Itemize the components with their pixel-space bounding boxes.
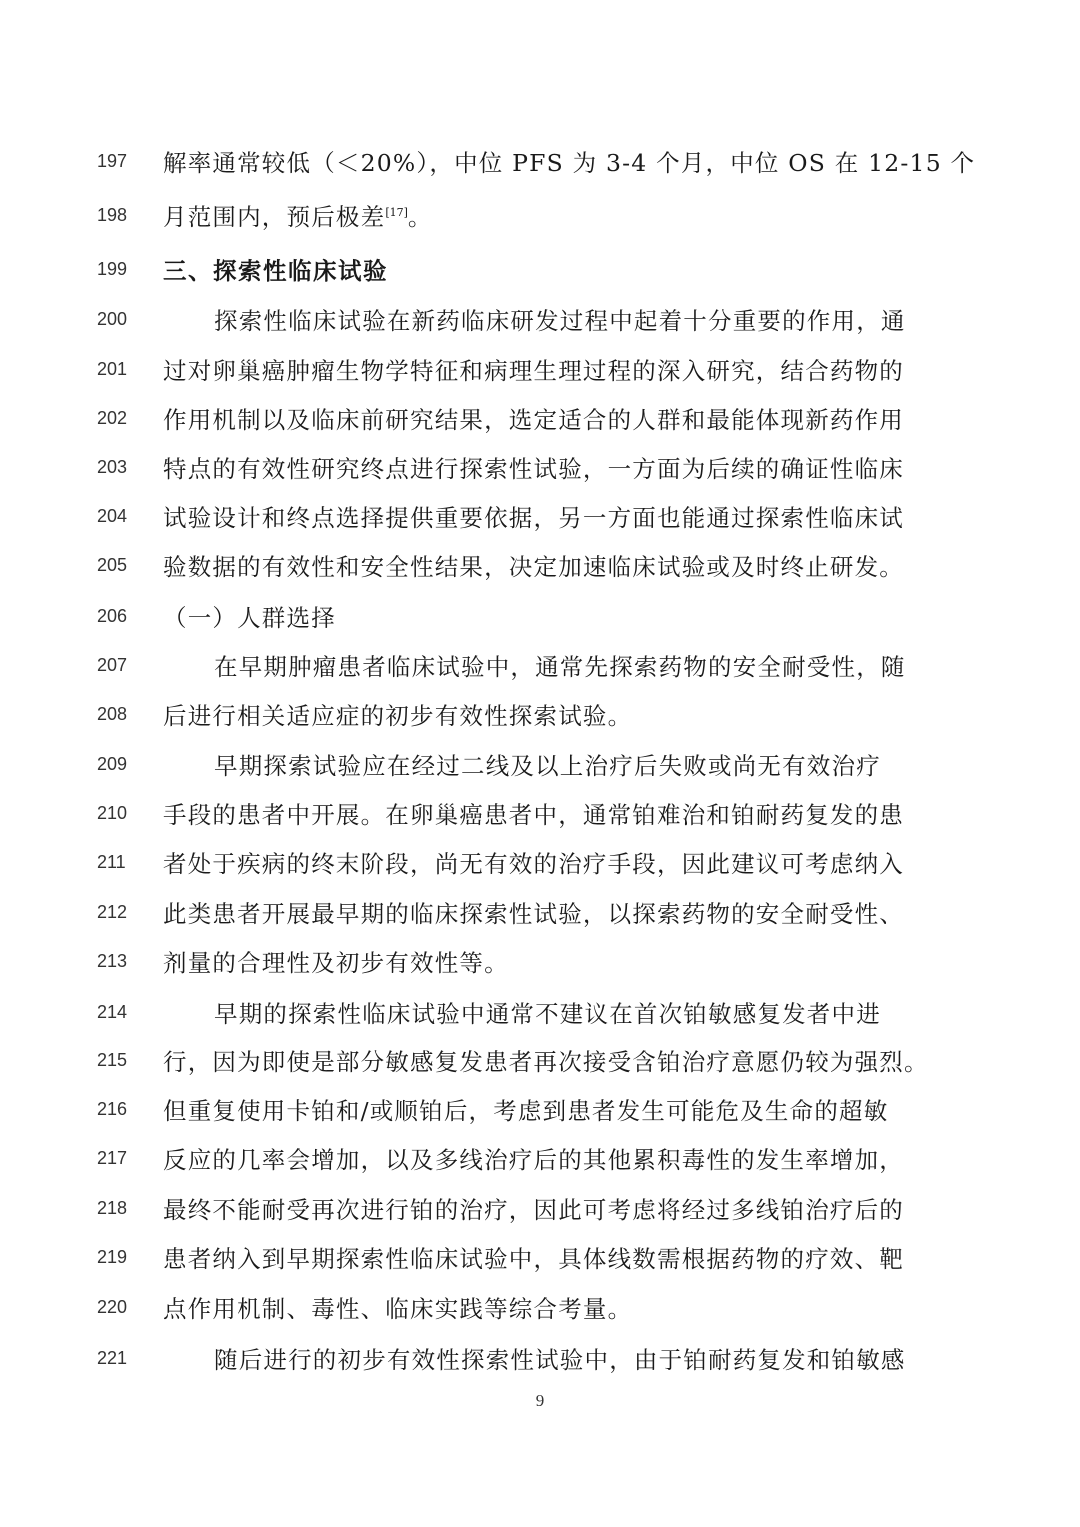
line-number: 220 [97,1297,137,1318]
line-number: 197 [97,151,137,172]
document-line: 198 月范围内，预后极差[17]。 [0,196,1080,236]
line-text: 解率通常较低（＜20%），中位 PFS 为 3-4 个月，中位 OS 在 12-… [163,144,923,178]
line-number: 199 [97,259,137,280]
document-line: 215 行，因为即使是部分敏感复发患者再次接受含铂治疗意愿仍较为强烈。 [0,1041,1080,1081]
line-text: 早期的探索性临床试验中通常不建议在首次铂敏感复发者中进 [214,995,974,1029]
line-text: 特点的有效性研究终点进行探索性试验，一方面为后续的确证性临床 [163,450,923,484]
line-text: 验数据的有效性和安全性结果，决定加速临床试验或及时终止研发。 [163,548,923,582]
line-text: 最终不能耐受再次进行铂的治疗，因此可考虑将经过多线铂治疗后的 [163,1191,923,1225]
line-number: 203 [97,457,137,478]
document-line: 205 验数据的有效性和安全性结果，决定加速临床试验或及时终止研发。 [0,546,1080,586]
document-line: 201 过对卵巢癌肿瘤生物学特征和病理生理过程的深入研究，结合药物的 [0,350,1080,390]
line-text: 剂量的合理性及初步有效性等。 [163,944,923,978]
line-text-with-citation: 月范围内，预后极差[17]。 [163,198,923,232]
document-line: 217 反应的几率会增加，以及多线治疗后的其他累积毒性的发生率增加， [0,1139,1080,1179]
section-heading: 三、探索性临床试验 [163,252,923,286]
line-number: 206 [97,606,137,627]
line-text: 后进行相关适应症的初步有效性探索试验。 [163,697,923,731]
line-number: 218 [97,1198,137,1219]
line-number: 217 [97,1148,137,1169]
line-text-tail: 。 [408,203,433,231]
line-text: 此类患者开展最早期的临床探索性试验，以探索药物的安全耐受性、 [163,895,923,929]
line-number: 221 [97,1348,137,1369]
line-text: 在早期肿瘤患者临床试验中，通常先探索药物的安全耐受性，随 [214,648,974,682]
line-number: 201 [97,359,137,380]
line-number: 205 [97,555,137,576]
document-line: 211 者处于疾病的终末阶段，尚无有效的治疗手段，因此建议可考虑纳入 [0,843,1080,883]
line-text: 手段的患者中开展。在卵巢癌患者中，通常铂难治和铂耐药复发的患 [163,796,923,830]
line-text: 者处于疾病的终末阶段，尚无有效的治疗手段，因此建议可考虑纳入 [163,845,923,879]
line-number: 212 [97,902,137,923]
line-text: 探索性临床试验在新药临床研发过程中起着十分重要的作用，通 [214,302,974,336]
document-line: 200 探索性临床试验在新药临床研发过程中起着十分重要的作用，通 [0,300,1080,340]
document-line: 203 特点的有效性研究终点进行探索性试验，一方面为后续的确证性临床 [0,448,1080,488]
line-text: 作用机制以及临床前研究结果，选定适合的人群和最能体现新药作用 [163,401,923,435]
line-number: 216 [97,1099,137,1120]
page-number: 9 [0,1391,1080,1411]
document-line: 221 随后进行的初步有效性探索性试验中，由于铂耐药复发和铂敏感 [0,1339,1080,1379]
line-number: 200 [97,309,137,330]
document-line: 212 此类患者开展最早期的临床探索性试验，以探索药物的安全耐受性、 [0,893,1080,933]
line-number: 209 [97,754,137,775]
document-line: 213 剂量的合理性及初步有效性等。 [0,942,1080,982]
line-number: 219 [97,1247,137,1268]
line-text: 患者纳入到早期探索性临床试验中，具体线数需根据药物的疗效、靶 [163,1240,923,1274]
document-line: 219 患者纳入到早期探索性临床试验中，具体线数需根据药物的疗效、靶 [0,1238,1080,1278]
line-text: 但重复使用卡铂和/或顺铂后，考虑到患者发生可能危及生命的超敏 [163,1092,923,1126]
line-number: 207 [97,655,137,676]
line-number: 198 [97,205,137,226]
line-number: 213 [97,951,137,972]
document-line: 204 试验设计和终点选择提供重要依据，另一方面也能通过探索性临床试 [0,497,1080,537]
document-line: 210 手段的患者中开展。在卵巢癌患者中，通常铂难治和铂耐药复发的患 [0,794,1080,834]
subsection-heading-line: 206 （一）人群选择 [0,597,1080,637]
document-line: 218 最终不能耐受再次进行铂的治疗，因此可考虑将经过多线铂治疗后的 [0,1189,1080,1229]
section-heading-line: 199 三、探索性临床试验 [0,250,1080,290]
line-text: 试验设计和终点选择提供重要依据，另一方面也能通过探索性临床试 [163,499,923,533]
line-number: 202 [97,408,137,429]
document-line: 207 在早期肿瘤患者临床试验中，通常先探索药物的安全耐受性，随 [0,646,1080,686]
document-line: 220 点作用机制、毒性、临床实践等综合考量。 [0,1288,1080,1328]
line-number: 214 [97,1002,137,1023]
line-number: 208 [97,704,137,725]
line-text: 行，因为即使是部分敏感复发患者再次接受含铂治疗意愿仍较为强烈。 [163,1043,923,1077]
line-text: 过对卵巢癌肿瘤生物学特征和病理生理过程的深入研究，结合药物的 [163,352,923,386]
document-line: 208 后进行相关适应症的初步有效性探索试验。 [0,695,1080,735]
document-line: 197 解率通常较低（＜20%），中位 PFS 为 3-4 个月，中位 OS 在… [0,142,1080,182]
citation-reference: [17] [385,206,408,219]
line-text: 随后进行的初步有效性探索性试验中，由于铂耐药复发和铂敏感 [214,1341,974,1375]
document-line: 209 早期探索试验应在经过二线及以上治疗后失败或尚无有效治疗 [0,745,1080,785]
document-line: 202 作用机制以及临床前研究结果，选定适合的人群和最能体现新药作用 [0,399,1080,439]
document-line: 214 早期的探索性临床试验中通常不建议在首次铂敏感复发者中进 [0,993,1080,1033]
document-page: 197 解率通常较低（＜20%），中位 PFS 为 3-4 个月，中位 OS 在… [0,0,1080,1527]
subsection-heading: （一）人群选择 [163,599,923,633]
line-number: 210 [97,803,137,824]
line-text: 反应的几率会增加，以及多线治疗后的其他累积毒性的发生率增加， [163,1141,923,1175]
line-number: 211 [97,852,137,873]
line-text: 月范围内，预后极差 [163,203,385,231]
line-number: 215 [97,1050,137,1071]
line-number: 204 [97,506,137,527]
line-text: 点作用机制、毒性、临床实践等综合考量。 [163,1290,923,1324]
document-line: 216 但重复使用卡铂和/或顺铂后，考虑到患者发生可能危及生命的超敏 [0,1090,1080,1130]
line-text: 早期探索试验应在经过二线及以上治疗后失败或尚无有效治疗 [214,747,974,781]
